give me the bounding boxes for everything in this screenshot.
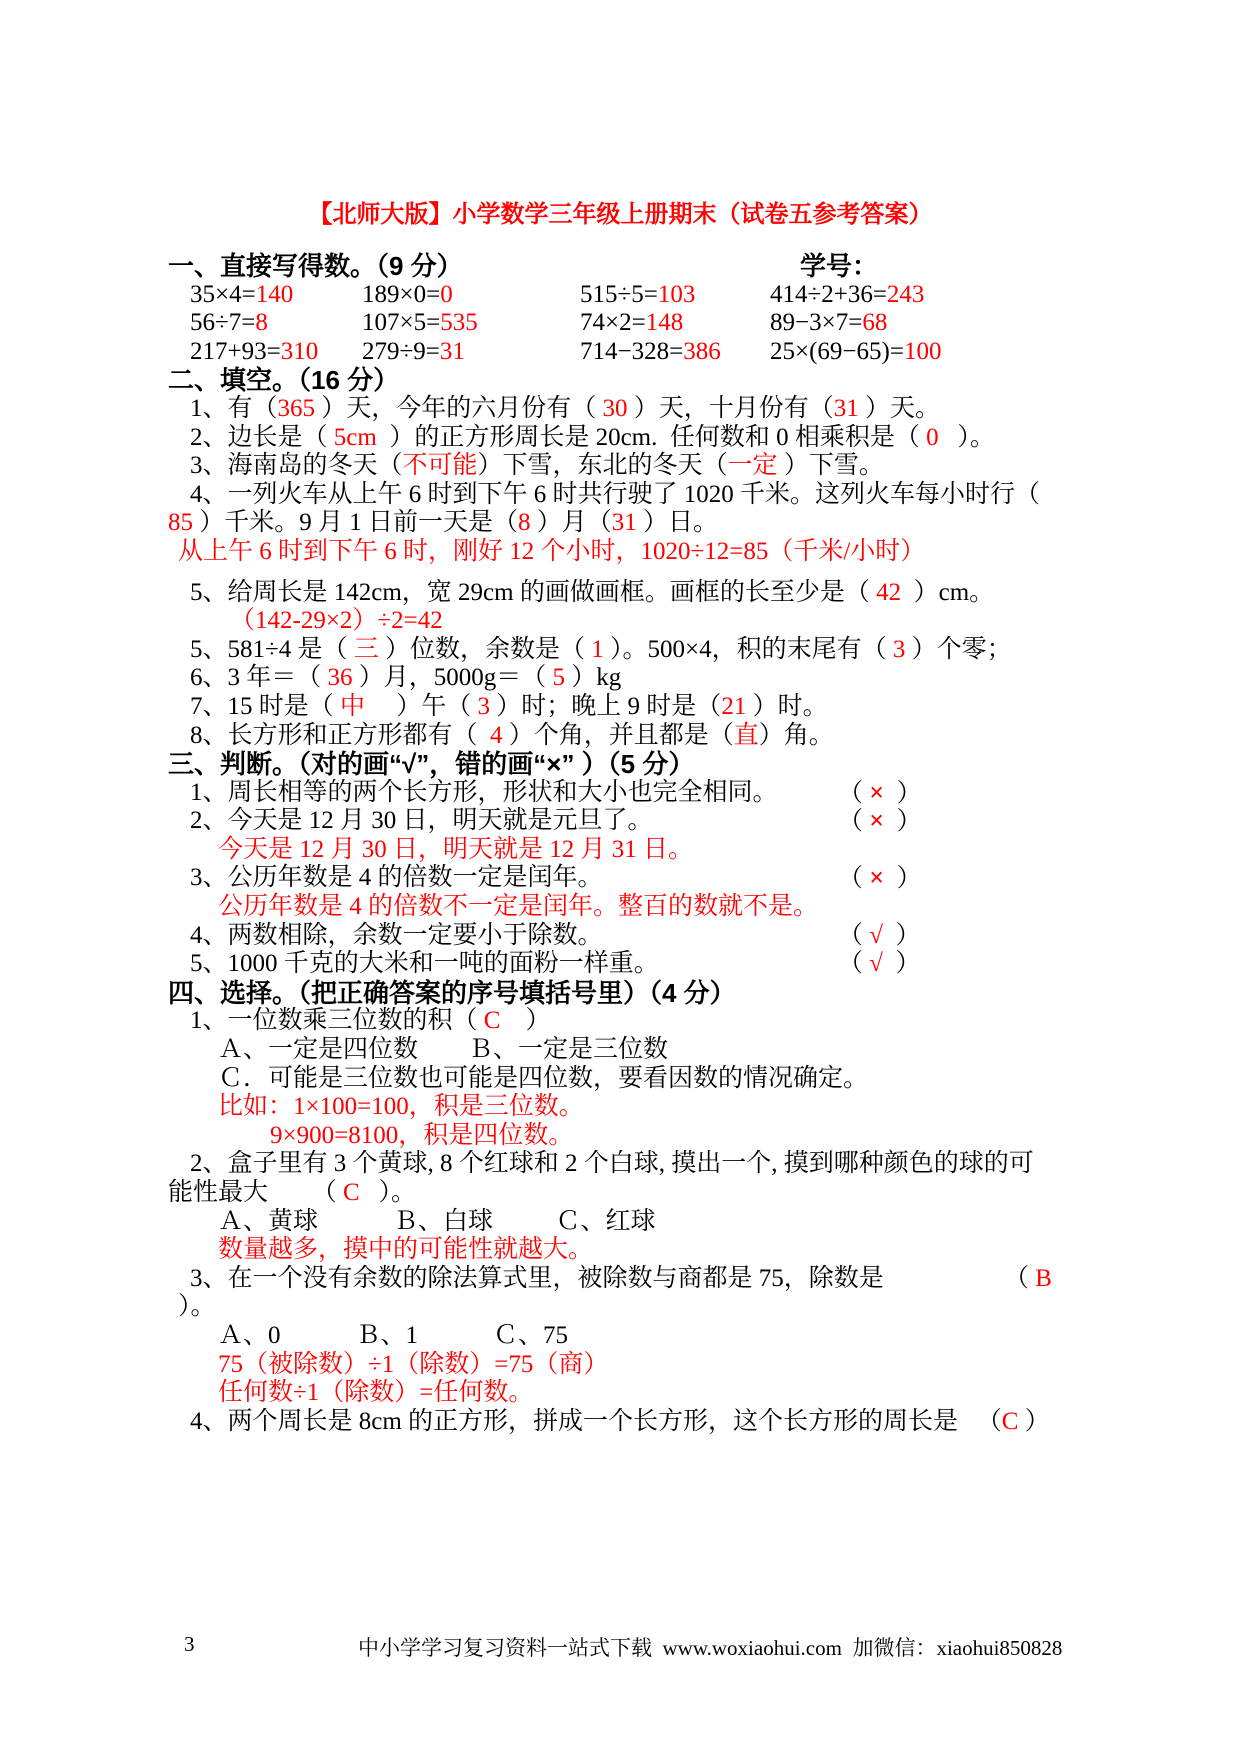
page-title: 【北师大版】小学数学三年级上册期末（试卷五参考答案） bbox=[0, 200, 1241, 230]
right-aligned-answer: （ × ） bbox=[838, 807, 922, 837]
text-run: ）位数，余数是（ bbox=[379, 636, 592, 663]
answer-text: 公历年数是 4 的倍数不一定是闰年。整百的数就不是。 bbox=[218, 893, 818, 920]
right-aligned-answer: 学号： bbox=[800, 252, 878, 281]
page-number: 3 bbox=[184, 1632, 195, 1657]
answer-text: 5 bbox=[553, 664, 566, 691]
fill-item-4-line1: 4、一列火车从上午 6 时到下午 6 时共行驶了 1020 千米。这列火车每小时… bbox=[168, 481, 1085, 510]
text-run: ）月，5000g＝（ bbox=[353, 664, 553, 691]
choice-item-2-note: 数量越多，摸中的可能性就越大。 bbox=[168, 1236, 1085, 1265]
answer-text: 0 bbox=[440, 281, 453, 308]
text-run: 一、直接写得数。（9 分） bbox=[168, 251, 463, 281]
text-run: 217+93= bbox=[190, 338, 281, 365]
text-run: 4、两个周长是 8cm 的正方形，拼成一个长方形，这个长方形的周长是 （ bbox=[190, 1408, 1002, 1435]
choice-item-2-options: Ａ、黄球 Ｂ、白球 Ｃ、红球 bbox=[168, 1208, 1085, 1237]
text-run: ） bbox=[883, 922, 921, 949]
text-run: ） bbox=[883, 950, 921, 977]
text-run: ）的正方形周长是 20cm. 任何数和 0 相乘积是（ bbox=[377, 424, 926, 451]
text-run: 35×4= bbox=[190, 281, 256, 308]
text-run: ）天。 bbox=[859, 395, 940, 422]
fill-item-5-division: 5、581÷4 是（ 三 ）位数，余数是（ 1 ）。500×4，积的末尾有（ 3… bbox=[168, 636, 1085, 665]
choice-item-3-options: Ａ、0 Ｂ、1 Ｃ、75 bbox=[168, 1322, 1085, 1351]
equation: 279÷9=31 bbox=[362, 338, 580, 367]
footer-text: 中小学学习复习资料一站式下载 www.woxiaohui.com 加微信：xia… bbox=[358, 1632, 1062, 1662]
answer-text: 直 bbox=[734, 722, 759, 749]
text-run: ）。 bbox=[178, 1293, 216, 1320]
judge-item-4: 4、两数相除，余数一定要小于除数。（ √ ） bbox=[168, 922, 1085, 951]
answer-text: C bbox=[343, 1179, 360, 1206]
text-run: （ bbox=[838, 780, 869, 807]
text-run: 515÷5= bbox=[580, 281, 658, 308]
text-run: 7、15 时是（ bbox=[190, 693, 340, 720]
equation: 74×2=148 bbox=[580, 309, 770, 338]
answer-text: 3 bbox=[478, 693, 491, 720]
equation: 56÷7=8 bbox=[190, 309, 362, 338]
text-run: ）天，十月份有（ bbox=[628, 395, 834, 422]
answer-text: 中 bbox=[340, 693, 365, 720]
answer-text: 8 bbox=[255, 309, 268, 336]
text-run: ）cm。 bbox=[901, 579, 994, 606]
text-run: 56÷7= bbox=[190, 309, 255, 336]
answer-text: 5cm bbox=[334, 424, 377, 451]
text-run: ） bbox=[884, 865, 922, 892]
text-run: 414÷2+36= bbox=[770, 281, 887, 308]
text-run: ）天，今年的六月份有（ bbox=[315, 395, 603, 422]
answer-text: 85 bbox=[168, 509, 193, 536]
answer-text: 535 bbox=[440, 309, 478, 336]
answer-text: 31 bbox=[440, 338, 465, 365]
answer-text: 任何数÷1（除数）=任何数。 bbox=[218, 1379, 533, 1406]
text-run: ）。 bbox=[939, 424, 995, 451]
text-run: 3、海南岛的冬天（ bbox=[190, 452, 403, 479]
text-run: ） bbox=[500, 1007, 550, 1034]
text-run: （ bbox=[1004, 1265, 1035, 1292]
section3-heading: 三、判断。（对的画“√”，错的画“×” ）（5 分） bbox=[168, 750, 1085, 779]
answer-text: 8 bbox=[518, 509, 531, 536]
choice-item-1-option-c: Ｃ．可能是三位数也可能是四位数，要看因数的情况确定。 bbox=[168, 1065, 1085, 1094]
choice-item-2-line2: 能性最大 （ C ）。 bbox=[168, 1179, 1085, 1208]
text-run: （ bbox=[838, 808, 869, 835]
choice-item-4: 4、两个周长是 8cm 的正方形，拼成一个长方形，这个长方形的周长是 （C ） bbox=[168, 1408, 1085, 1437]
judge-item-3: 3、公历年数是 4 的倍数一定是闰年。（ × ） bbox=[168, 864, 1085, 893]
answer-text: √ bbox=[869, 950, 883, 977]
equation-row-3: 217+93=310279÷9=31714−328=38625×(69−65)=… bbox=[168, 338, 1085, 367]
answer-text: 310 bbox=[281, 338, 319, 365]
text-run: ）时；晚上 9 时是（ bbox=[490, 693, 721, 720]
choice-item-1-note2: 9×900=8100，积是四位数。 bbox=[168, 1122, 1085, 1151]
text-run: （ bbox=[838, 922, 869, 949]
text-run: ）月（ bbox=[531, 509, 612, 536]
text-run: Ａ、0 Ｂ、1 Ｃ、75 bbox=[218, 1322, 568, 1349]
answer-text: 365 bbox=[278, 395, 316, 422]
choice-item-3-note2: 任何数÷1（除数）=任何数。 bbox=[168, 1379, 1085, 1408]
text-run: （ bbox=[838, 865, 869, 892]
fill-item-7: 7、15 时是（ 中 ）午（ 3 ）时；晚上 9 时是（21 ）时。 bbox=[168, 693, 1085, 722]
fill-item-8: 8、长方形和正方形都有（ 4 ）个角，并且都是（直）角。 bbox=[168, 722, 1085, 751]
right-aligned-answer: （ B bbox=[1004, 1265, 1052, 1294]
answer-text: 1 bbox=[591, 636, 604, 663]
answer-text: 一定 bbox=[728, 452, 778, 479]
text-run: 5、1000 千克的大米和一吨的面粉一样重。 bbox=[190, 950, 659, 977]
answer-text: 148 bbox=[646, 309, 684, 336]
equation: 25×(69−65)=100 bbox=[770, 338, 1085, 367]
equation: 515÷5=103 bbox=[580, 281, 770, 310]
fill-item-3: 3、海南岛的冬天（不可能）下雪，东北的冬天（一定 ）下雪。 bbox=[168, 452, 1085, 481]
text-run: Ａ、黄球 Ｂ、白球 Ｃ、红球 bbox=[218, 1208, 656, 1235]
answer-text: 31 bbox=[834, 395, 859, 422]
text-run: ）日。 bbox=[637, 509, 718, 536]
choice-item-1-note1: 比如：1×100=100，积是三位数。 bbox=[168, 1093, 1085, 1122]
section2-heading: 二、填空。（16 分） bbox=[168, 366, 1085, 395]
answer-text: 100 bbox=[904, 338, 942, 365]
answer-text: 386 bbox=[683, 338, 721, 365]
answer-text: 68 bbox=[862, 309, 887, 336]
text-run: 2、今天是 12 月 30 日，明天就是元旦了。 bbox=[190, 807, 653, 834]
equation: 217+93=310 bbox=[190, 338, 362, 367]
fill-item-4-answer-note: 从上午 6 时到下午 6 时，刚好 12 个小时，1020÷12=85（千米/小… bbox=[168, 538, 1085, 567]
text-run: 三、判断。（对的画“√”，错的画“×” ）（5 分） bbox=[168, 749, 694, 779]
text-run: 74×2= bbox=[580, 309, 646, 336]
equation-row-1: 35×4=140189×0=0515÷5=103414÷2+36=243 bbox=[168, 281, 1085, 310]
fill-item-4-line2: 85 ）千米。9 月 1 日前一天是（8 ）月（31 ）日。 bbox=[168, 509, 1085, 538]
judge-item-5: 5、1000 千克的大米和一吨的面粉一样重。（ √ ） bbox=[168, 950, 1085, 979]
equation: 714−328=386 bbox=[580, 338, 770, 367]
text-run: 25×(69−65)= bbox=[770, 338, 904, 365]
answer-text: √ bbox=[869, 922, 883, 949]
fill-item-6: 6、3 年＝（ 36 ）月，5000g＝（ 5 ）kg bbox=[168, 664, 1085, 693]
answer-text: 31 bbox=[612, 509, 637, 536]
text-run: ）kg bbox=[565, 664, 621, 691]
text-run: 8、长方形和正方形都有（ bbox=[190, 722, 490, 749]
answer-text: 42 bbox=[876, 579, 901, 606]
answer-text: 数量越多，摸中的可能性就越大。 bbox=[218, 1236, 593, 1263]
exam-answer-page: 【北师大版】小学数学三年级上册期末（试卷五参考答案） 一、直接写得数。（9 分）… bbox=[0, 0, 1241, 1754]
text-run: ）个零； bbox=[905, 636, 1011, 663]
text-run: 1、周长相等的两个长方形，形状和大小也完全相同。 bbox=[190, 779, 778, 806]
equation: 414÷2+36=243 bbox=[770, 281, 1085, 310]
choice-item-2-line1: 2、盒子里有 3 个黄球, 8 个红球和 2 个白球, 摸出一个, 摸到哪种颜色… bbox=[168, 1150, 1085, 1179]
text-run: ）下雪。 bbox=[778, 452, 884, 479]
text-run: 2、边长是（ bbox=[190, 424, 334, 451]
answer-text: C bbox=[484, 1007, 501, 1034]
text-run: 279÷9= bbox=[362, 338, 440, 365]
judge-item-2-note: 今天是 12 月 30 日，明天就是 12 月 31 日。 bbox=[168, 836, 1085, 865]
text-run: 3、在一个没有余数的除法算式里，被除数与商都是 75，除数是 bbox=[190, 1265, 884, 1292]
choice-item-3-line2: ）。 bbox=[168, 1293, 1085, 1322]
text-run: ）个角，并且都是（ bbox=[503, 722, 734, 749]
text-run: 3、公历年数是 4 的倍数一定是闰年。 bbox=[190, 864, 603, 891]
answer-text: C bbox=[1002, 1408, 1019, 1435]
text-run: Ｃ．可能是三位数也可能是四位数，要看因数的情况确定。 bbox=[218, 1065, 868, 1092]
fill-item-5-frame: 5、给周长是 142cm，宽 29cm 的画做画框。画框的长至少是（ 42 ）c… bbox=[168, 579, 1085, 608]
right-aligned-answer: （ √ ） bbox=[838, 950, 921, 979]
text-run: 5、581÷4 是（ bbox=[190, 636, 354, 663]
text-run: ）。 bbox=[360, 1179, 416, 1206]
answer-text: 不可能 bbox=[403, 452, 478, 479]
answer-text: B bbox=[1035, 1265, 1052, 1292]
right-aligned-answer: （ × ） bbox=[838, 864, 922, 894]
text-run: ）角。 bbox=[759, 722, 834, 749]
text-run: ）午（ bbox=[365, 693, 478, 720]
text-run: 学号： bbox=[800, 251, 878, 281]
text-run: ） bbox=[884, 808, 922, 835]
equation-row-2: 56÷7=8107×5=53574×2=14889−3×7=68 bbox=[168, 309, 1085, 338]
text-run: 2、盒子里有 3 个黄球, 8 个红球和 2 个白球, 摸出一个, 摸到哪种颜色… bbox=[190, 1150, 1034, 1177]
text-run: 89−3×7= bbox=[770, 309, 862, 336]
answer-text: × bbox=[869, 863, 884, 892]
answer-text: 30 bbox=[603, 395, 628, 422]
text-run: 二、填空。（16 分） bbox=[168, 365, 399, 395]
text-run: ） bbox=[884, 780, 922, 807]
answer-text: 从上午 6 时到下午 6 时，刚好 12 个小时，1020÷12=85（千米/小… bbox=[178, 538, 925, 565]
choice-item-1-options-ab: Ａ、一定是四位数 Ｂ、一定是三位数 bbox=[168, 1036, 1085, 1065]
text-run: 5、给周长是 142cm，宽 29cm 的画做画框。画框的长至少是（ bbox=[190, 579, 876, 606]
right-aligned-answer: （ √ ） bbox=[838, 922, 921, 951]
text-run: 四、选择。（把正确答案的序号填括号里）（4 分） bbox=[168, 978, 736, 1008]
equation: 189×0=0 bbox=[362, 281, 580, 310]
answer-text: × bbox=[869, 806, 884, 835]
text-run: 107×5= bbox=[362, 309, 440, 336]
text-run: ）千米。9 月 1 日前一天是（ bbox=[193, 509, 518, 536]
choice-item-3-note1: 75（被除数）÷1（除数）=75（商） bbox=[168, 1351, 1085, 1380]
text-run: （ bbox=[838, 950, 869, 977]
text-run: 6、3 年＝（ bbox=[190, 664, 328, 691]
answer-text: × bbox=[869, 778, 884, 807]
answer-text: 9×900=8100，积是四位数。 bbox=[270, 1122, 573, 1149]
answer-text: 0 bbox=[926, 424, 939, 451]
document-body: 一、直接写得数。（9 分）学号：35×4=140189×0=0515÷5=103… bbox=[168, 252, 1085, 1436]
text-run: ）下雪，东北的冬天（ bbox=[478, 452, 728, 479]
text-run: 189×0= bbox=[362, 281, 440, 308]
judge-item-1: 1、周长相等的两个长方形，形状和大小也完全相同。（ × ） bbox=[168, 779, 1085, 808]
judge-item-2: 2、今天是 12 月 30 日，明天就是元旦了。（ × ） bbox=[168, 807, 1085, 836]
fill-item-5-frame-note: （142-29×2）÷2=42 bbox=[168, 607, 1085, 636]
answer-text: 三 bbox=[354, 636, 379, 663]
text-run: 714−328= bbox=[580, 338, 683, 365]
text-run: 1、一位数乘三位数的积（ bbox=[190, 1007, 484, 1034]
answer-text: 今天是 12 月 30 日，明天就是 12 月 31 日。 bbox=[218, 836, 693, 863]
text-run: Ａ、一定是四位数 Ｂ、一定是三位数 bbox=[218, 1036, 668, 1063]
answer-text: 103 bbox=[658, 281, 696, 308]
text-run: 4、两数相除，余数一定要小于除数。 bbox=[190, 922, 603, 949]
text-run: ） bbox=[1018, 1408, 1049, 1435]
page-footer: 3 中小学学习复习资料一站式下载 www.woxiaohui.com 加微信：x… bbox=[168, 1632, 1085, 1662]
text-run: 1、有（ bbox=[190, 395, 278, 422]
answer-text: 36 bbox=[328, 664, 353, 691]
answer-text: 243 bbox=[887, 281, 925, 308]
section4-heading: 四、选择。（把正确答案的序号填括号里）（4 分） bbox=[168, 979, 1085, 1008]
equation: 107×5=535 bbox=[362, 309, 580, 338]
answer-text: 3 bbox=[893, 636, 906, 663]
answer-text: 4 bbox=[490, 722, 503, 749]
choice-item-1: 1、一位数乘三位数的积（ C ） bbox=[168, 1007, 1085, 1036]
answer-text: 140 bbox=[256, 281, 294, 308]
fill-item-2: 2、边长是（ 5cm ）的正方形周长是 20cm. 任何数和 0 相乘积是（ 0… bbox=[168, 424, 1085, 453]
answer-text: 21 bbox=[721, 693, 746, 720]
section1-heading: 一、直接写得数。（9 分）学号： bbox=[168, 252, 1085, 281]
answer-text: 比如：1×100=100，积是三位数。 bbox=[218, 1093, 584, 1120]
answer-text: （142-29×2）÷2=42 bbox=[230, 607, 443, 634]
equation: 89−3×7=68 bbox=[770, 309, 1085, 338]
choice-item-3-line1: 3、在一个没有余数的除法算式里，被除数与商都是 75，除数是（ B bbox=[168, 1265, 1085, 1294]
equation: 35×4=140 bbox=[190, 281, 362, 310]
judge-item-3-note: 公历年数是 4 的倍数不一定是闰年。整百的数就不是。 bbox=[168, 893, 1085, 922]
text-run: 4、一列火车从上午 6 时到下午 6 时共行驶了 1020 千米。这列火车每小时… bbox=[190, 481, 1040, 508]
fill-item-1: 1、有（365 ）天，今年的六月份有（ 30 ）天，十月份有（31 ）天。 bbox=[168, 395, 1085, 424]
answer-text: 75（被除数）÷1（除数）=75（商） bbox=[218, 1351, 608, 1378]
right-aligned-answer: （ × ） bbox=[838, 779, 922, 809]
text-run: 能性最大 （ bbox=[168, 1179, 343, 1206]
text-run: ）时。 bbox=[746, 693, 827, 720]
text-run: ）。500×4，积的末尾有（ bbox=[604, 636, 893, 663]
